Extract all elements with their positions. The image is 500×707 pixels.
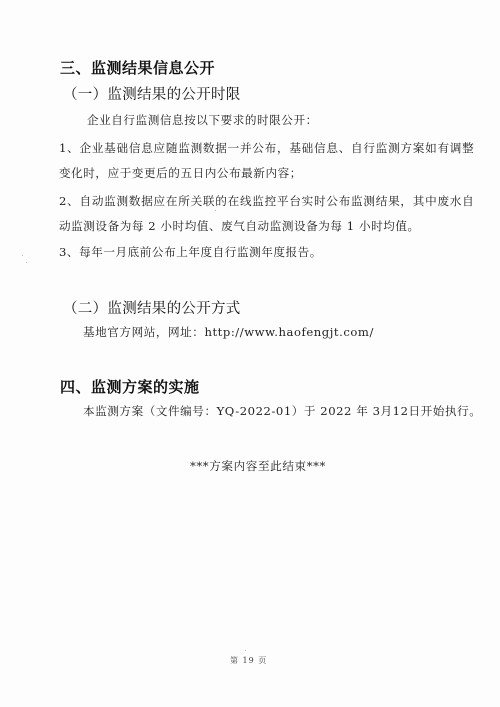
scan-speck (26, 262, 27, 263)
intro-paragraph: 企业自行监测信息按以下要求的时限公开： (87, 112, 318, 128)
item-1-line-2: 变化时，应于变更后的五日内公布最新内容； (59, 165, 302, 181)
scan-speck (245, 650, 246, 651)
implementation-paragraph: 本监测方案（文件编号：YQ-2022-01）于 2022 年 3月12日开始执行… (83, 403, 481, 419)
item-2-line-1: 2、自动监测数据应在所关联的在线监控平台实时公布监测结果，其中废水自 (59, 193, 474, 209)
website-paragraph: 基地官方网站，网址：http://www.haofengjt.com/ (83, 324, 374, 340)
section-4-heading: 四、监测方案的实施 (60, 376, 200, 397)
section-3-heading: 三、监测结果信息公开 (60, 57, 215, 78)
item-1-line-1: 1、企业基础信息应随监测数据一并公布，基础信息、自行监测方案如有调整 (59, 140, 474, 156)
scan-speck (215, 210, 216, 211)
end-of-document-mark: ***方案内容至此结束*** (190, 458, 326, 474)
item-3: 3、每年一月底前公布上年度自行监测年度报告。 (59, 244, 322, 260)
scan-speck (240, 170, 241, 171)
subsection-1-heading: （一）监测结果的公开时限 (63, 83, 241, 104)
subsection-2-heading: （二）监测结果的公开方式 (63, 297, 241, 318)
item-2-line-2: 动监测设备为每 2 小时均值、废气自动监测设备为每 1 小时均值。 (59, 218, 420, 234)
scan-speck (22, 255, 23, 256)
page-number: 第 19 页 (230, 655, 267, 666)
document-page: 三、监测结果信息公开 （一）监测结果的公开时限 企业自行监测信息按以下要求的时限… (0, 0, 500, 707)
